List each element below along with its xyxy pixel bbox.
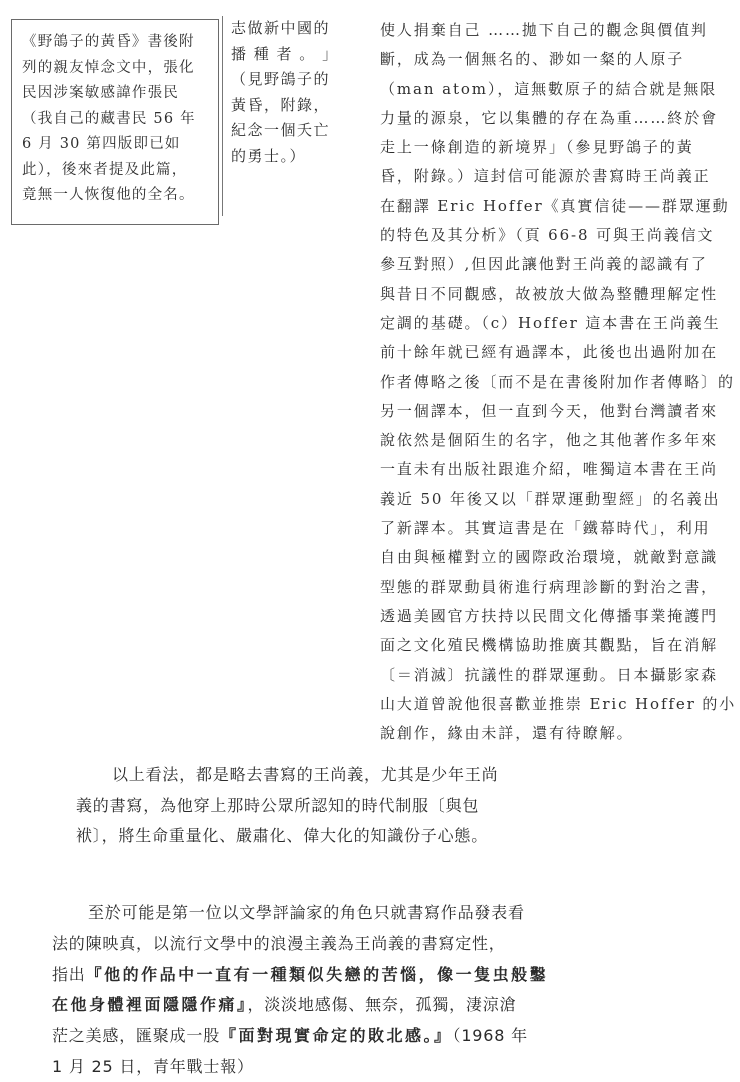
text-line: 了新譯本。其實這書是在「鐵幕時代」，利用: [380, 514, 725, 543]
text-line: 的特色及其分析》（頁 66-8 可與王尚義信文: [380, 221, 725, 250]
note-line: 6 月 30 第四版即已如: [22, 132, 212, 158]
text-line: 走上一條創造的新境界」（參見野鴿子的黃: [380, 133, 725, 162]
text-line: 透過美國官方扶持以民間文化傳播事業掩護門: [380, 602, 725, 631]
text-line: 以上看法，都是略去書寫的王尚義，尤其是少年王尚: [76, 760, 526, 791]
quoted-text: 在他身體裡面隱隱作痛』: [52, 995, 248, 1014]
text-line: 面之文化殖民機構協助推廣其觀點，旨在消解: [380, 631, 725, 660]
text-line: 播 種 者 。 」: [231, 42, 364, 68]
text-line: 昏，附錄。）這封信可能源於書寫時王尚義正: [380, 162, 725, 191]
note-line: 《野鴿子的黃昏》書後附: [22, 30, 212, 56]
text-line: （見野鴿子的: [231, 67, 364, 93]
text-line: 黃昏，附錄，: [231, 93, 364, 119]
text-line: 〔＝消滅〕抗議性的群眾運動。日本攝影家森: [380, 661, 725, 690]
text-line: 法的陳映真，以流行文學中的浪漫主義為王尚義的書寫定性，: [52, 929, 532, 960]
text-line: 與昔日不同觀感，故被放大做為整體理解定性: [380, 280, 725, 309]
text-line: 義近 50 年後又以「群眾運動聖經」的名義出: [380, 485, 725, 514]
text-line: 袱〕，將生命重量化、嚴肅化、偉大化的知識份子心態。: [76, 821, 526, 852]
text-line: 說依然是個陌生的名字，他之其他著作多年來: [380, 426, 725, 455]
text-line: 型態的群眾動員術進行病理診斷的對治之書，: [380, 573, 725, 602]
text-line: 在他身體裡面隱隱作痛』，淡淡地感傷、無奈，孤獨，淒涼滄: [52, 990, 532, 1021]
text-line: 自由與極權對立的國際政治環境，就敵對意識: [380, 543, 725, 572]
text-line: 參互對照）,但因此讓他對王尚義的認識有了: [380, 250, 725, 279]
paragraph-two: 至於可能是第一位以文學評論家的角色只就書寫作品發表看 法的陳映真，以流行文學中的…: [52, 898, 532, 1082]
note-line: （我自己的藏書民 56 年: [22, 107, 212, 133]
text-line: 作者傳略之後〔而不是在書後附加作者傳略〕的: [380, 368, 725, 397]
text-line: 1 月 25 日，青年戰士報）: [52, 1052, 532, 1082]
text-line: 志做新中國的: [231, 16, 364, 42]
text-line: 力量的源泉，它以集體的存在為重……終於會: [380, 104, 725, 133]
text-line: 茫之美感，匯聚成一股『面對現實命定的敗北感。』（1968 年: [52, 1021, 532, 1052]
quoted-text: 『他的作品中一直有一種類似失戀的苦惱，像一隻虫般鑿: [86, 965, 549, 984]
text-line: 定調的基礎。（c）Hoffer 這本書在王尚義生: [380, 309, 725, 338]
note-line: 民因涉案敏感諱作張民: [22, 81, 212, 107]
text-line: 山大道曾說他很喜歡並推崇 Eric Hoffer 的小: [380, 690, 725, 719]
paragraph-one: 以上看法，都是略去書寫的王尚義，尤其是少年王尚 義的書寫，為他穿上那時公眾所認知…: [76, 760, 526, 852]
text-fragment: ，淡淡地感傷、無奈，孤獨，淒涼滄: [248, 995, 517, 1014]
text-line: 在翻譯 Eric Hoffer《真實信徒——群眾運動: [380, 192, 725, 221]
text-line: 斷，成為一個無名的、渺如一粲的人原子: [380, 45, 725, 74]
text-line: 使人捐棄自己 ……拋下自己的觀念與價值判: [380, 16, 725, 45]
note-line: 此），後來者提及此篇，: [22, 158, 212, 184]
column-two-text: 志做新中國的 播 種 者 。 」 （見野鴿子的 黃昏，附錄， 紀念一個夭亡 的勇…: [222, 16, 364, 216]
text-line: 指出『他的作品中一直有一種類似失戀的苦惱，像一隻虫般鑿: [52, 960, 532, 991]
text-line: 義的書寫，為他穿上那時公眾所認知的時代制服〔與包: [76, 791, 526, 822]
text-line: 另一個譯本，但一直到今天，他對台灣讀者來: [380, 397, 725, 426]
note-line: 列的親友悼念文中，張化: [22, 56, 212, 82]
quoted-text: 『面對現實命定的敗北感。』: [220, 1026, 453, 1045]
note-line: 竟無一人恢復他的全名。: [22, 183, 212, 209]
text-line: 的勇士。）: [231, 144, 364, 170]
sidebar-note-box: 《野鴿子的黃昏》書後附 列的親友悼念文中，張化 民因涉案敏感諱作張民 （我自己的…: [11, 19, 219, 225]
text-line: 紀念一個夭亡: [231, 118, 364, 144]
text-line: （man atom），這無數原子的結合就是無限: [380, 75, 725, 104]
text-line: 一直未有出版社跟進介紹，唯獨這本書在王尚: [380, 455, 725, 484]
column-three-text: 使人捐棄自己 ……拋下自己的觀念與價值判 斷，成為一個無名的、渺如一粲的人原子 …: [380, 16, 725, 748]
text-fragment: （1968 年: [453, 1026, 528, 1045]
text-line: 至於可能是第一位以文學評論家的角色只就書寫作品發表看: [52, 898, 532, 929]
text-fragment: 指出: [52, 965, 86, 984]
text-line: 說創作，緣由未詳，還有待瞭解。: [380, 719, 725, 748]
text-fragment: 茫之美感，匯聚成一股: [52, 1026, 220, 1045]
text-line: 前十餘年就已經有過譯本，此後也出過附加在: [380, 338, 725, 367]
